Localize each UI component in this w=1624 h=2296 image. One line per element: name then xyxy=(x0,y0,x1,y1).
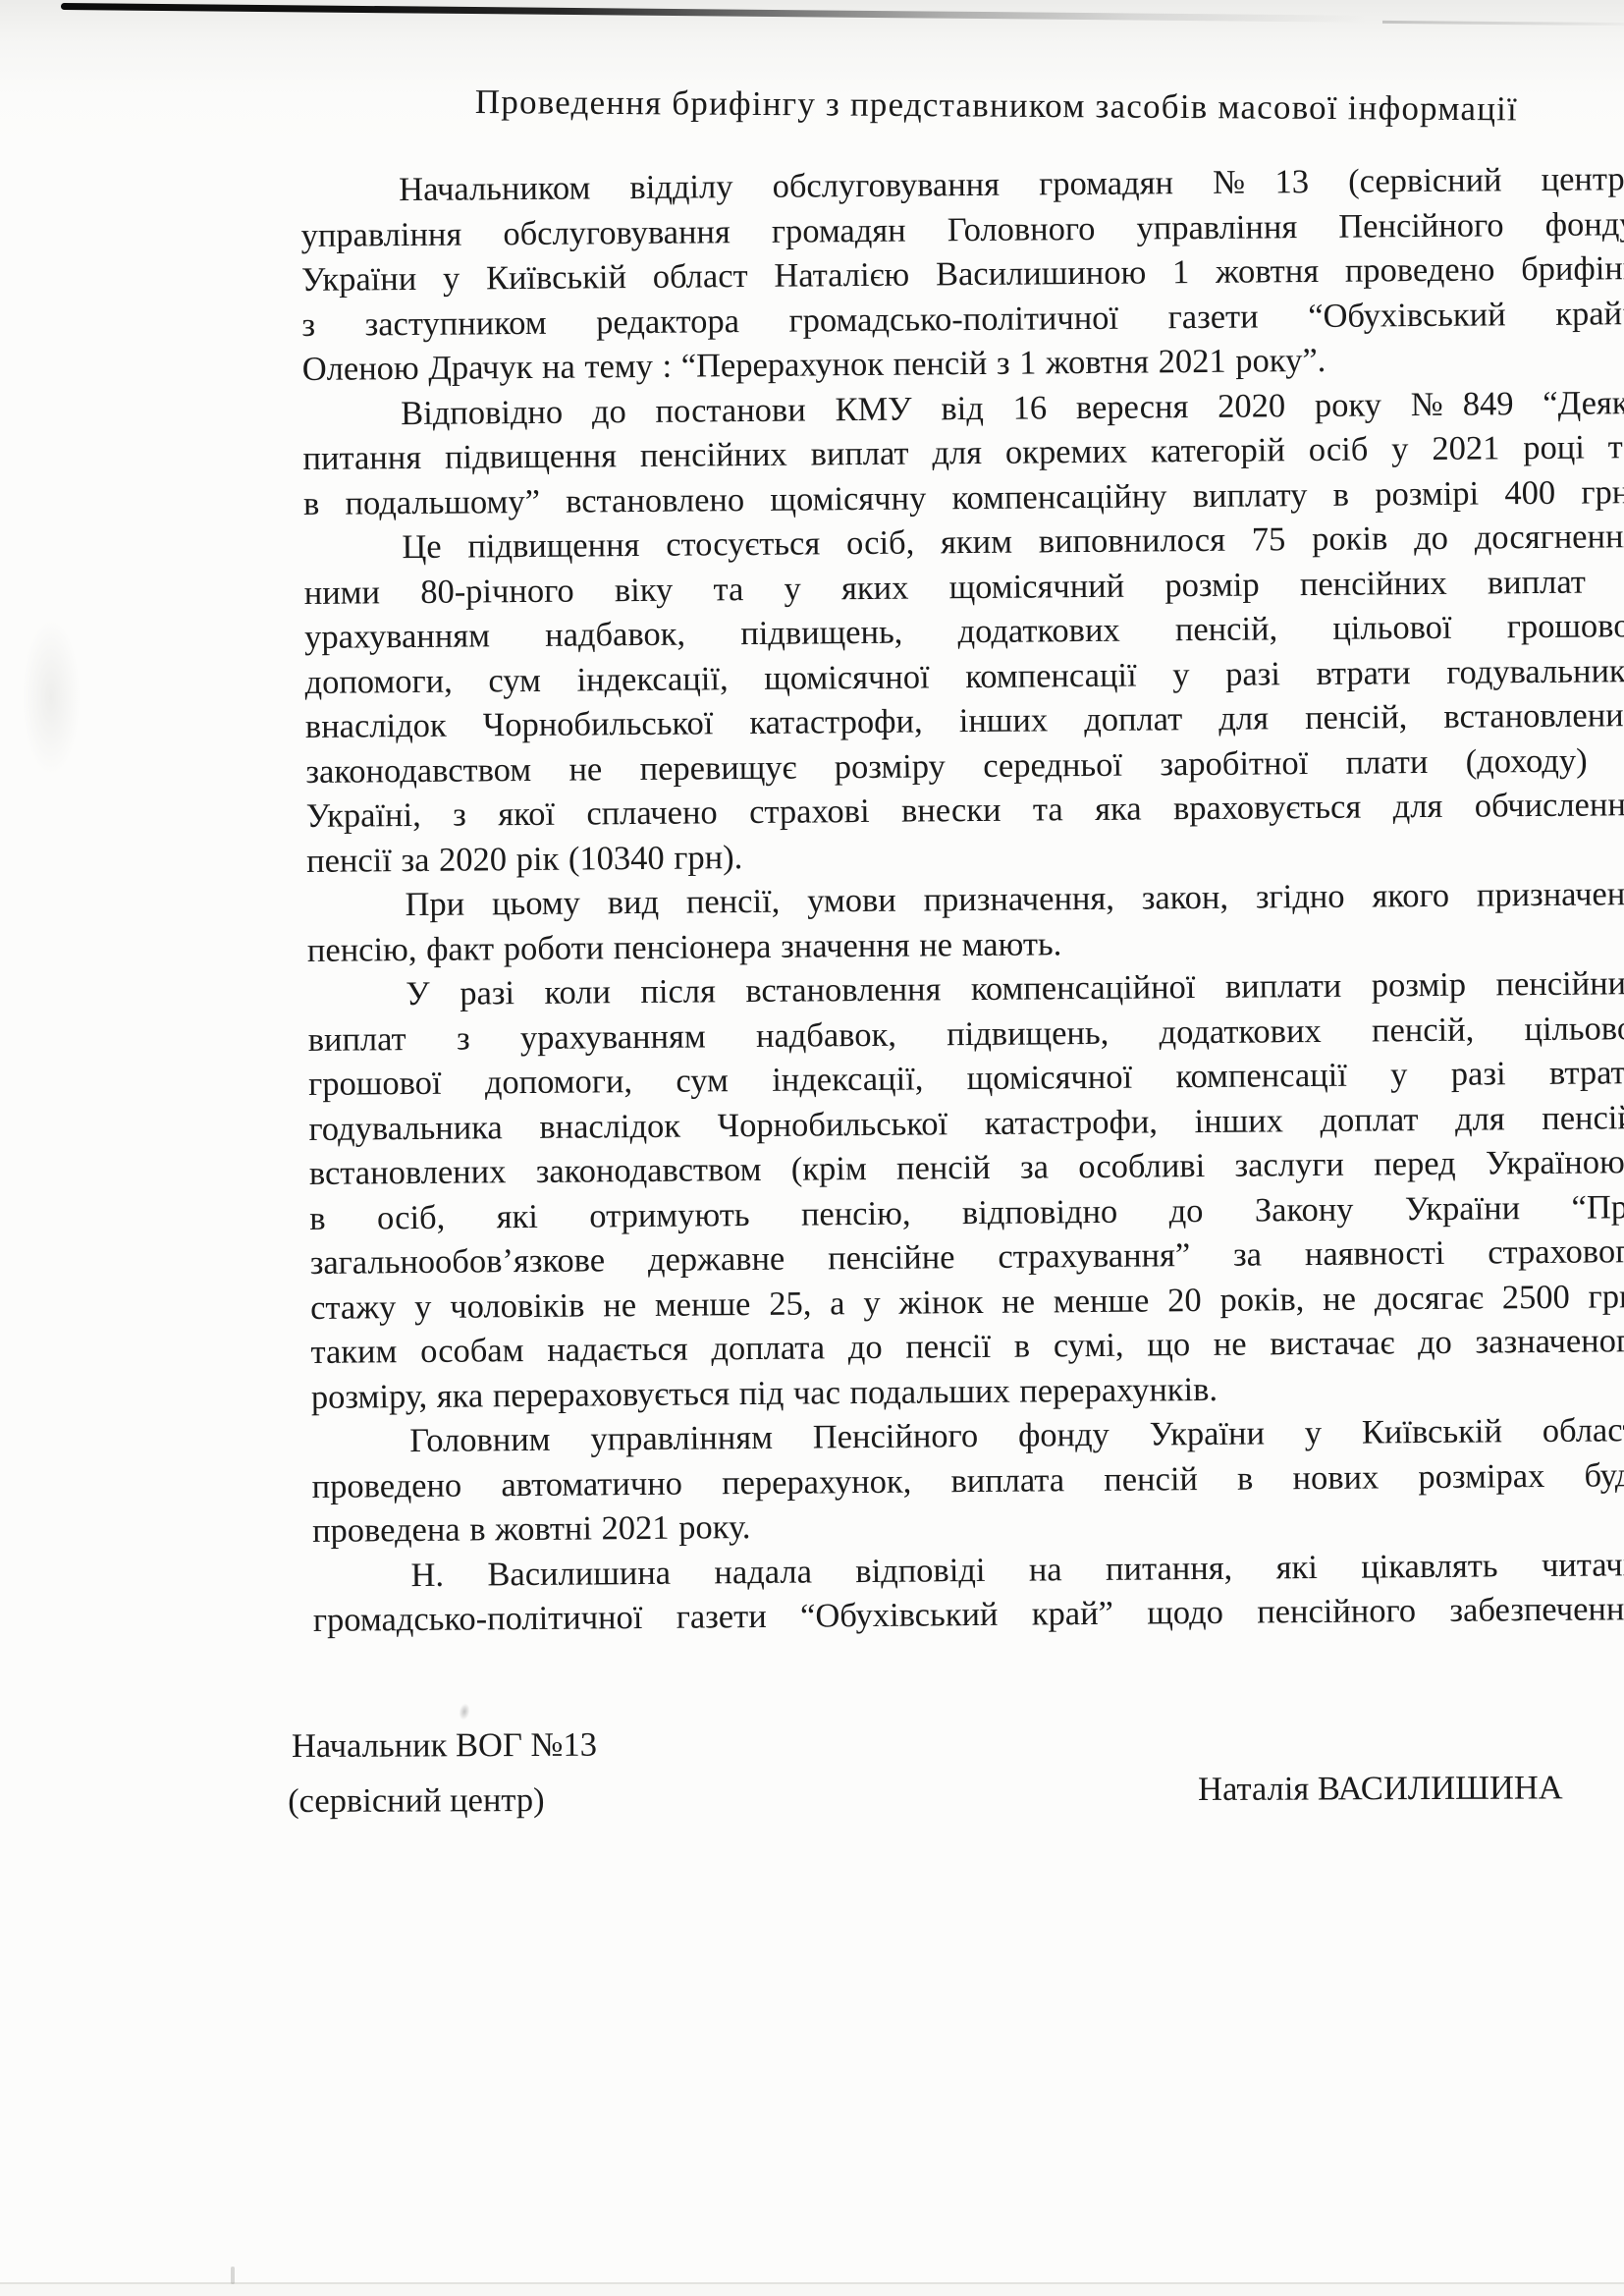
signature-position-line-2: (сервісний центр) xyxy=(288,1778,545,1824)
document-title: Проведення брифінгу з представником засо… xyxy=(475,82,1518,129)
scanned-document-page: Проведення брифінгу з представником засо… xyxy=(0,0,1624,2296)
scan-artifact-line-right xyxy=(1382,21,1624,26)
scan-bottom-band xyxy=(0,2284,1624,2296)
paper-smudge xyxy=(22,619,81,776)
document-body: Начальником відділу обслуговування грома… xyxy=(300,157,1624,1643)
scan-artifact-line xyxy=(61,3,1367,23)
signature-position-line-1: Начальник ВОГ №13 xyxy=(292,1723,597,1769)
scan-bottom-mark xyxy=(231,2267,235,2284)
paper-speck xyxy=(458,1703,470,1721)
signature-name: Наталія ВАСИЛИШИНА xyxy=(1198,1766,1563,1812)
